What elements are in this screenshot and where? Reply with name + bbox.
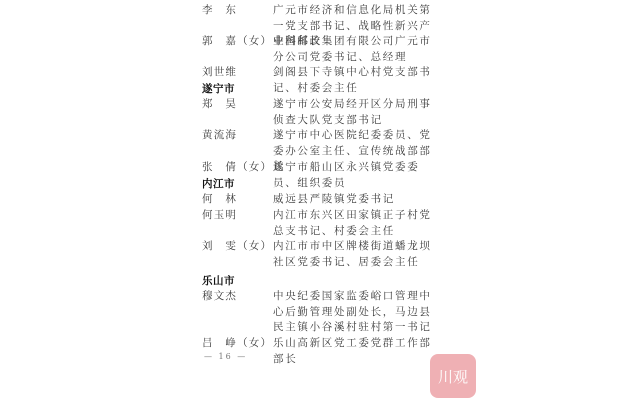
person-title: 乐山高新区党工委党群工作部部长 — [273, 336, 443, 367]
person-title: 内江市市中区牌楼街道蟠龙坝社区党委书记、居委会主任 — [273, 239, 443, 270]
page-number: — 16 — — [204, 352, 247, 361]
person-name: 郑 昊 — [202, 97, 237, 113]
person-title: 中国邮政集团有限公司广元市分公司党委书记、总经理 — [273, 34, 443, 65]
city-heading: 遂宁市 — [202, 81, 235, 96]
person-name: 李 东 — [202, 3, 237, 19]
document-page: 李 东 广元市经济和信息化局机关第一党支部书记、战略性新兴产业科科长 郭 嘉（女… — [0, 0, 640, 400]
city-heading: 内江市 — [202, 176, 235, 191]
person-title: 内江市东兴区田家镇正子村党总支书记、村委会主任 — [273, 208, 443, 239]
person-title: 中央纪委国家监委峪口管理中心后勤管理处副处长，马边县民主镇小谷溪村驻村第一书记 — [273, 289, 443, 336]
person-name: 何玉明 — [202, 208, 237, 224]
city-heading: 乐山市 — [202, 273, 235, 288]
person-title: 剑阁县下寺镇中心村党支部书记、村委会主任 — [273, 65, 443, 96]
person-name: 黄流海 — [202, 128, 237, 144]
chuanguan-logo-icon: 川观 — [430, 354, 476, 398]
person-title: 遂宁市船山区永兴镇党委委员、组织委员 — [273, 160, 443, 191]
person-name: 穆文杰 — [202, 289, 237, 305]
person-name: 郭 嘉（女） — [202, 34, 272, 50]
person-title: 遂宁市公安局经开区分局刑事侦查大队党支部书记 — [273, 97, 443, 128]
person-name: 何 林 — [202, 192, 237, 208]
person-name: 张 倩（女） — [202, 160, 272, 176]
person-name: 刘 雯（女） — [202, 239, 272, 255]
person-name: 吕 峥（女） — [202, 336, 272, 352]
person-name: 刘世维 — [202, 65, 237, 81]
person-title: 威远县严陵镇党委书记 — [273, 192, 443, 208]
